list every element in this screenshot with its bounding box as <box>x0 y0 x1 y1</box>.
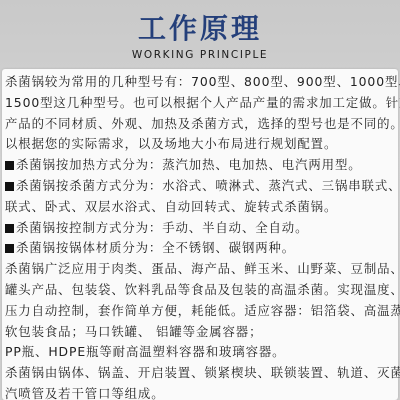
text-line: 杀菌锅按加热方式分为：蒸汽加热、电加热、电汽两用型。 <box>5 155 397 176</box>
text-line-content: 杀菌锅广泛应用于肉类、蛋品、海产品、鲜玉米、山野菜、豆制品、水产品 <box>5 261 400 276</box>
text-line: PP瓶、HDPE瓶等耐高温塑料容器和玻璃容器。 <box>5 342 397 363</box>
text-line: 汽喷管及若干管口等组成。 <box>5 384 397 400</box>
text-line: 杀菌锅较为常用的几种型号有：700型、800型、900型、1000型、1200型… <box>5 72 397 93</box>
text-line-content: 杀菌锅按杀菌方式分为：水浴式、喷淋式、蒸汽式、三锅串联式、双锅并 <box>16 178 400 193</box>
text-line: 杀菌锅按锅体材质分为：全不锈钢、碳钢两种。 <box>5 238 397 259</box>
content-panel: 杀菌锅较为常用的几种型号有：700型、800型、900型、1000型、1200型… <box>2 69 398 400</box>
text-line-content: 杀菌锅较为常用的几种型号有：700型、800型、900型、1000型、1200型… <box>5 74 400 89</box>
text-line: 以根据您的实际需求，以及场地大小布局进行规划配置。 <box>5 134 397 155</box>
square-bullet-icon <box>5 161 14 170</box>
text-line-content: 以根据您的实际需求，以及场地大小布局进行规划配置。 <box>5 136 337 151</box>
square-bullet-icon <box>5 244 14 253</box>
text-line-content: 杀菌锅按加热方式分为：蒸汽加热、电加热、电汽两用型。 <box>16 157 362 172</box>
text-line: 杀菌锅按控制方式分为：手动、半自动、全自动。 <box>5 218 397 239</box>
section-subtitle: WORKING PRINCIPLE <box>0 49 400 62</box>
text-line-content: 杀菌锅按锅体材质分为：全不锈钢、碳钢两种。 <box>16 240 295 255</box>
text-line-content: 杀菌锅按控制方式分为：手动、半自动、全自动。 <box>16 220 308 235</box>
text-line: 联式、卧式、双层水浴式、自动回转式、旋转式杀菌锅。 <box>5 197 397 218</box>
text-line: 软包装食品；马口铁罐、 铝罐等金属容器； <box>5 322 397 343</box>
text-line: 杀菌锅广泛应用于肉类、蛋品、海产品、鲜玉米、山野菜、豆制品、水产品 <box>5 259 397 280</box>
text-line: 罐头产品、包装袋、饮料乳品等食品及包装的高温杀菌。实现温度、时间、 <box>5 280 397 301</box>
text-line-content: 1500型这几种型号。也可以根据个人产品产量的需求加工定做。针对于杀菌 <box>5 95 400 110</box>
section-title: 工作原理 <box>0 13 400 45</box>
text-line-content: 软包装食品；马口铁罐、 铝罐等金属容器； <box>5 324 262 339</box>
text-line-content: 杀菌锅由锅体、锅盖、开启装置、锁紧楔块、联锁装置、轨道、灭菌筐、蒸 <box>5 365 400 380</box>
text-line-content: 汽喷管及若干管口等组成。 <box>5 386 165 400</box>
text-line: 产品的不同材质、外观、加热及杀菌方式，选择的型号也是不同的。我们可 <box>5 114 397 135</box>
text-line: 压力自动控制，套作简单方便，耗能低。适应容器：铝箔袋、高温蒸煮袋等 <box>5 301 397 322</box>
text-line-content: 罐头产品、包装袋、饮料乳品等食品及包装的高温杀菌。实现温度、时间、 <box>5 282 400 297</box>
content-body: 杀菌锅较为常用的几种型号有：700型、800型、900型、1000型、1200型… <box>5 72 397 400</box>
square-bullet-icon <box>5 224 14 233</box>
text-line-content: PP瓶、HDPE瓶等耐高温塑料容器和玻璃容器。 <box>5 344 285 359</box>
text-line: 1500型这几种型号。也可以根据个人产品产量的需求加工定做。针对于杀菌 <box>5 93 397 114</box>
text-line-content: 联式、卧式、双层水浴式、自动回转式、旋转式杀菌锅。 <box>5 199 337 214</box>
text-line: 杀菌锅按杀菌方式分为：水浴式、喷淋式、蒸汽式、三锅串联式、双锅并 <box>5 176 397 197</box>
section-header: 工作原理 WORKING PRINCIPLE <box>0 0 400 68</box>
square-bullet-icon <box>5 182 14 191</box>
text-line-content: 产品的不同材质、外观、加热及杀菌方式，选择的型号也是不同的。我们可 <box>5 116 400 131</box>
text-line-content: 压力自动控制，套作简单方便，耗能低。适应容器：铝箔袋、高温蒸煮袋等 <box>5 303 400 318</box>
text-line: 杀菌锅由锅体、锅盖、开启装置、锁紧楔块、联锁装置、轨道、灭菌筐、蒸 <box>5 363 397 384</box>
